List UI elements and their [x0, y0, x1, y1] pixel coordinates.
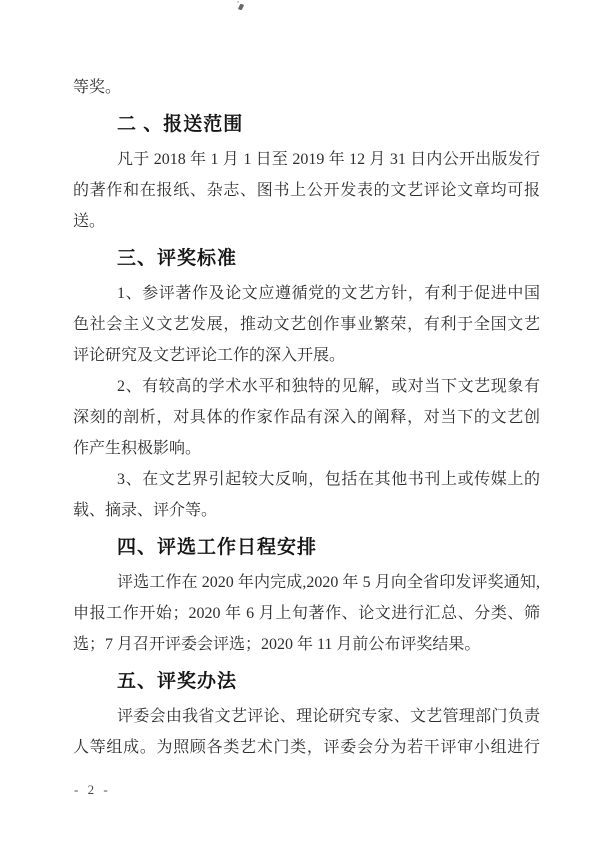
scanned-document-page: 等奖。 二 、报送范围 凡于 2018 年 1 月 1 日至 2019 年 12…: [0, 0, 600, 860]
document-body: 等奖。 二 、报送范围 凡于 2018 年 1 月 1 日至 2019 年 12…: [73, 72, 540, 763]
paragraph-line: 的著作和在报纸、杂志、图书上公开发表的文艺评论文章均可报: [73, 175, 540, 206]
paragraph-line: 等奖。: [73, 72, 540, 103]
paragraph-line: 凡于 2018 年 1 月 1 日至 2019 年 12 月 31 日内公开出版…: [73, 144, 540, 175]
paragraph-line: 2、有较高的学术水平和独特的见解，或对当下文艺现象有较: [73, 371, 540, 402]
paragraph-line: 深刻的剖析，对具体的作家作品有深入的阐释，对当下的文艺创: [73, 402, 540, 433]
paragraph-line: 选；7 月召开评委会评选；2020 年 11 月前公布评奖结果。: [73, 629, 540, 660]
paragraph-line: 评委会由我省文艺评论、理论研究专家、文艺管理部门负责: [73, 701, 540, 732]
paragraph-line: 1、参评著作及论文应遵循党的文艺方针，有利于促进中国特: [73, 278, 540, 309]
paragraph-line: 色社会主义文艺发展，推动文艺创作事业繁荣，有利于全国文艺: [73, 309, 540, 340]
section-heading-4: 四、评选工作日程安排: [73, 532, 540, 563]
paragraph-line: 人等组成。为照顾各类艺术门类，评委会分为若干评审小组进行: [73, 732, 540, 763]
paragraph-line: 作产生积极影响。: [73, 433, 540, 464]
page-number: - 2 -: [74, 782, 111, 798]
scan-speck-artifact: [238, 4, 244, 11]
paragraph-line: 载、摘录、评介等。: [73, 495, 540, 526]
paragraph-line: 3、在文艺界引起较大反响，包括在其他书刊上或传媒上的转: [73, 464, 540, 495]
section-heading-5: 五、评奖办法: [73, 666, 540, 697]
paragraph-line: 评选工作在 2020 年内完成,2020 年 5 月向全省印发评奖通知,: [73, 567, 540, 598]
paragraph-line: 送。: [73, 206, 540, 237]
paragraph-line: 申报工作开始；2020 年 6 月上旬著作、论文进行汇总、分类、筛: [73, 598, 540, 629]
section-heading-2: 二 、报送范围: [73, 109, 540, 140]
paragraph-line: 评论研究及文艺评论工作的深入开展。: [73, 340, 540, 371]
section-heading-3: 三、评奖标准: [73, 243, 540, 274]
